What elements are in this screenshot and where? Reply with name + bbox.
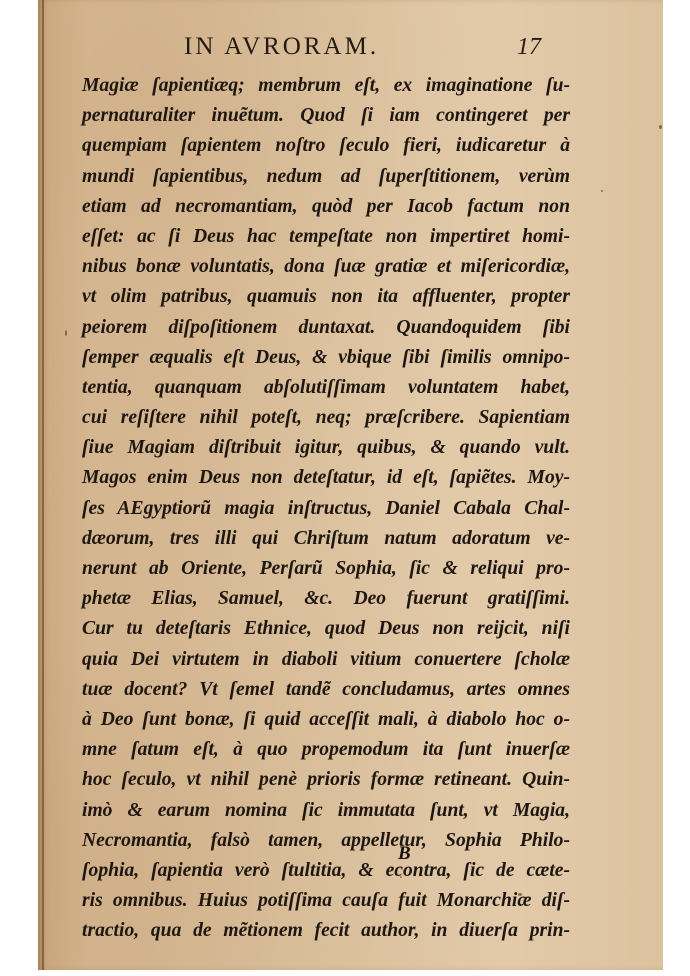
text-line: pernaturaliter inuẽtum. Quod ſi iam cont… xyxy=(82,101,570,131)
text-line: Necromantia, falsò tamen, appelletur, So… xyxy=(82,826,570,856)
text-line: mundi ſapientibus, nedum ad ſuperſtition… xyxy=(82,162,570,192)
text-line: etiam ad necromantiam, quòd per Iacob fa… xyxy=(82,192,570,222)
text-line: à Deo ſunt bonæ, ſi quid acceſſit mali, … xyxy=(82,705,570,735)
text-line: peiorem diſpoſitionem duntaxat. Quandoqu… xyxy=(82,313,570,343)
text-line: vt olim patribus, quamuis non ita afflue… xyxy=(82,282,570,312)
page-binding-edge xyxy=(42,0,44,970)
text-line: cui reſiſtere nihil poteſt, neq; præſcri… xyxy=(82,403,570,433)
body-text: Magiæ ſapientiæq; membrum eſt, ex imagin… xyxy=(82,71,570,946)
page-number: 17 xyxy=(517,34,541,61)
paper-speck xyxy=(400,876,402,878)
text-line: tuæ docent? Vt ſemel tandẽ concludamus, … xyxy=(82,675,570,705)
text-line: ſiue Magiam diſtribuit igitur, quibus, &… xyxy=(82,433,570,463)
text-line: hoc ſeculo, vt nihil penè prioris formæ … xyxy=(82,765,570,795)
text-line: dæorum, tres illi qui Chriſtum natum ado… xyxy=(82,524,570,554)
paper-speck xyxy=(601,190,603,192)
text-line: ſemper æqualis eſt Deus, & vbique ſibi ſ… xyxy=(82,343,570,373)
text-line: nibus bonæ voluntatis, dona ſuæ gratiæ e… xyxy=(82,252,570,282)
paper-speck xyxy=(518,893,522,896)
text-line: eſſet: ac ſi Deus hac tempeſtate non imp… xyxy=(82,222,570,252)
text-line: ris omnibus. Huius potiſſima cauſa fuit … xyxy=(82,886,570,916)
paper-speck xyxy=(65,330,67,336)
text-line: mne ſatum eſt, à quo propemodum ita ſunt… xyxy=(82,735,570,765)
text-line: imò & earum nomina ſic immutata ſunt, vt… xyxy=(82,796,570,826)
text-line: tentia, quanquam abſolutiſſimam voluntat… xyxy=(82,373,570,403)
text-line: ſophia, ſapientia verò ſtultitia, & econ… xyxy=(82,856,570,886)
text-line: quia Dei virtutem in diaboli vitium conu… xyxy=(82,645,570,675)
text-line: tractio, qua de mẽtionem fecit author, i… xyxy=(82,916,570,946)
text-line: Magiæ ſapientiæq; membrum eſt, ex imagin… xyxy=(82,71,570,101)
paper-speck xyxy=(659,125,662,129)
text-line: quempiam ſapientem noſtro ſeculo fieri, … xyxy=(82,131,570,161)
running-head: IN AVRORAM. 17 xyxy=(38,33,663,63)
running-head-title: IN AVRORAM. xyxy=(184,33,379,61)
text-line: Magos enim Deus non deteſtatur, id eſt, … xyxy=(82,463,570,493)
text-line: Cur tu deteſtaris Ethnice, quod Deus non… xyxy=(82,614,570,644)
text-line: phetæ Elias, Samuel, &c. Deo fuerunt gra… xyxy=(82,584,570,614)
signature-mark: B xyxy=(398,843,411,865)
book-page: IN AVRORAM. 17 Magiæ ſapientiæq; membrum… xyxy=(38,0,663,970)
text-line: ſes AEgyptiorũ magia inſtructus, Daniel … xyxy=(82,494,570,524)
text-line: nerunt ab Oriente, Perſarũ Sophia, ſic &… xyxy=(82,554,570,584)
